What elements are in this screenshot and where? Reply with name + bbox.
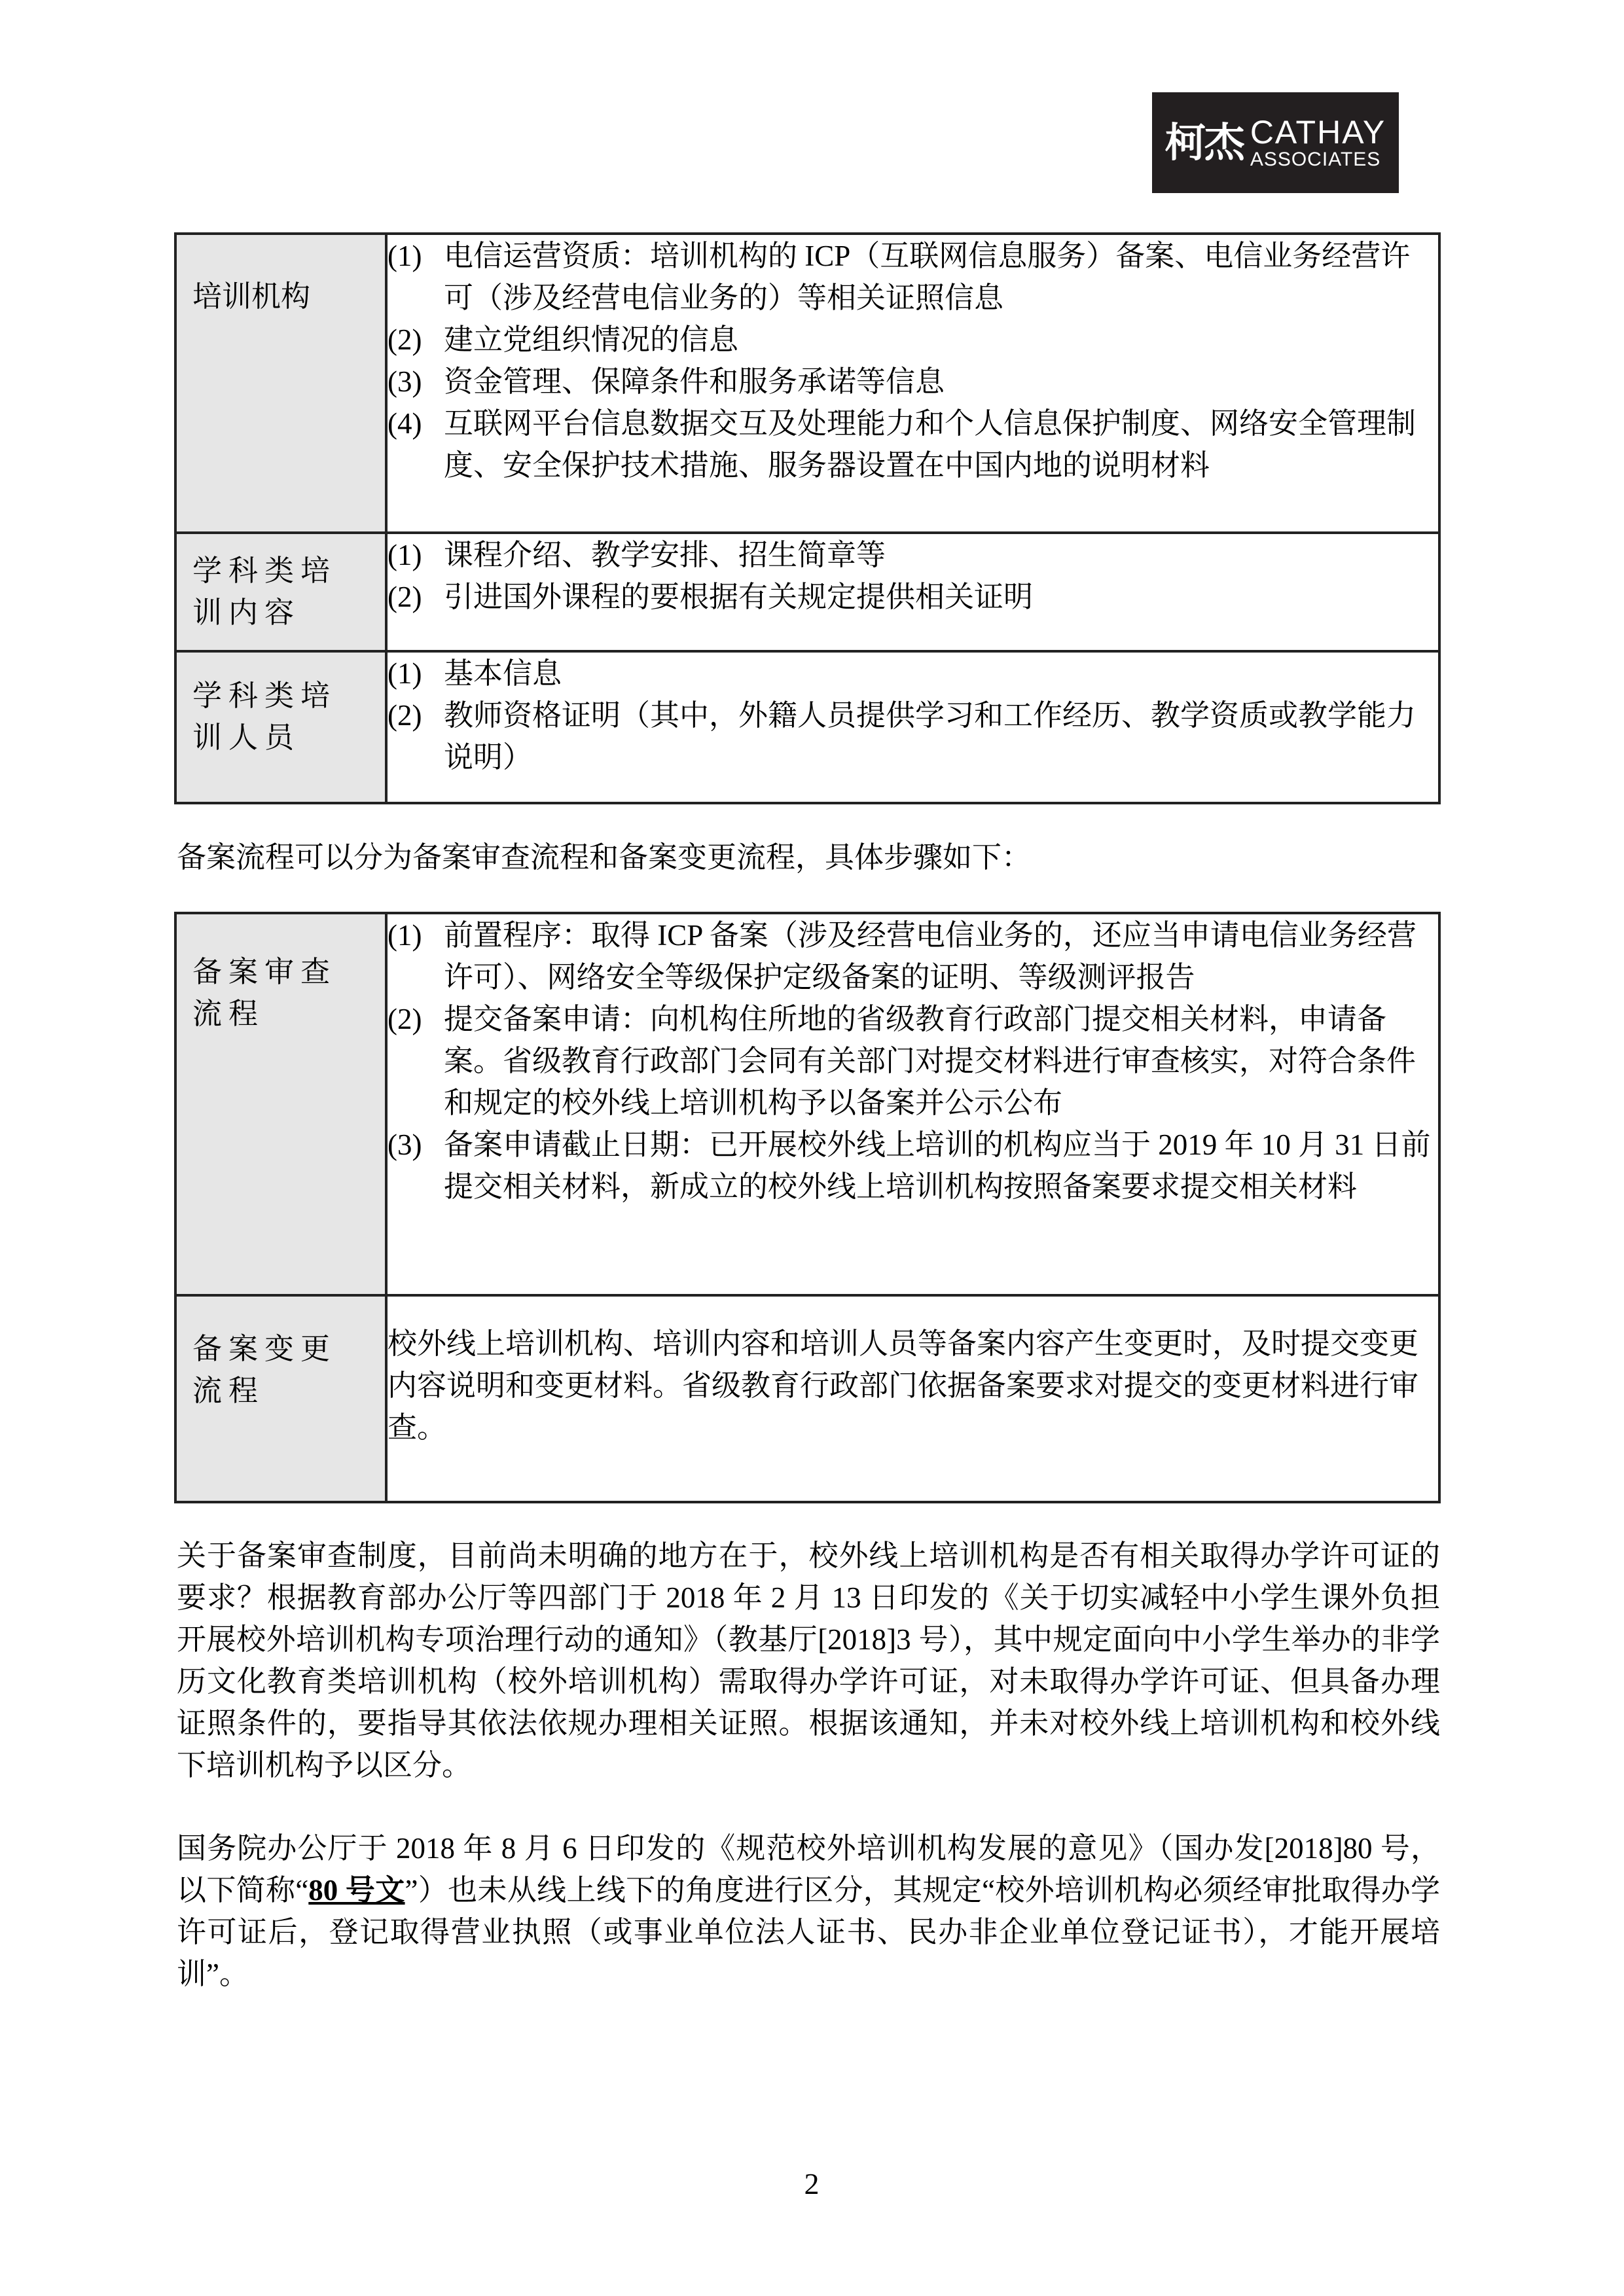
item-number: (2) — [388, 576, 444, 618]
list-item: (3)备案申请截止日期：已开展校外线上培训的机构应当于 2019 年 10 月 … — [388, 1124, 1438, 1208]
list-item: (2)引进国外课程的要根据有关规定提供相关证明 — [388, 576, 1438, 618]
item-text: 电信运营资质：培训机构的 ICP（互联网信息服务）备案、电信业务经营许可（涉及经… — [444, 235, 1438, 319]
table-row: 备案变更流程 校外线上培训机构、培训内容和培训人员等备案内容产生变更时，及时提交… — [175, 1295, 1439, 1502]
row-content-cell: (1)基本信息 (2)教师资格证明（其中，外籍人员提供学习和工作经历、教学资质或… — [386, 651, 1439, 803]
row-content-cell: (1)电信运营资质：培训机构的 ICP（互联网信息服务）备案、电信业务经营许可（… — [386, 234, 1439, 533]
list-item: (1)课程介绍、教学安排、招生简章等 — [388, 534, 1438, 576]
list-item: (4)互联网平台信息数据交互及处理能力和个人信息保护制度、网络安全管理制度、安全… — [388, 403, 1438, 486]
list-item: (1)前置程序：取得 ICP 备案（涉及经营电信业务的，还应当申请电信业务经营许… — [388, 914, 1438, 998]
list-item: (2)教师资格证明（其中，外籍人员提供学习和工作经历、教学资质或教学能力说明） — [388, 694, 1438, 778]
row-content-cell: (1)前置程序：取得 ICP 备案（涉及经营电信业务的，还应当申请电信业务经营许… — [386, 913, 1439, 1295]
filing-process-table: 备案审查流程 (1)前置程序：取得 ICP 备案（涉及经营电信业务的，还应当申请… — [174, 912, 1441, 1503]
row-label-cell: 备案审查流程 — [175, 913, 386, 1295]
list-item: (2)提交备案申请：向机构住所地的省级教育行政部门提交相关材料，申请备案。省级教… — [388, 998, 1438, 1124]
defined-term-text: 80 号文 — [308, 1874, 405, 1907]
intro-paragraph: 备案流程可以分为备案审查流程和备案变更流程，具体步骤如下： — [177, 836, 1440, 878]
item-text: 前置程序：取得 ICP 备案（涉及经营电信业务的，还应当申请电信业务经营许可）、… — [444, 914, 1438, 998]
paragraph-document-80: 国务院办公厅于 2018 年 8 月 6 日印发的《规范校外培训机构发展的意见》… — [177, 1827, 1440, 1995]
row-label-cell: 备案变更流程 — [175, 1295, 386, 1502]
item-number: (1) — [388, 235, 444, 319]
list-item: (2)建立党组织情况的信息 — [388, 319, 1438, 361]
item-number: (4) — [388, 403, 444, 486]
page-number: 2 — [785, 2166, 838, 2201]
filing-materials-table: 培训机构 (1)电信运营资质：培训机构的 ICP（互联网信息服务）备案、电信业务… — [174, 232, 1441, 804]
paragraph-filing-review: 关于备案审查制度，目前尚未明确的地方在于，校外线上培训机构是否有相关取得办学许可… — [177, 1535, 1440, 1786]
logo-line-1: CATHAY — [1250, 116, 1386, 149]
item-text: 备案申请截止日期：已开展校外线上培训的机构应当于 2019 年 10 月 31 … — [444, 1124, 1438, 1208]
list-item: (1)电信运营资质：培训机构的 ICP（互联网信息服务）备案、电信业务经营许可（… — [388, 235, 1438, 319]
row-label: 学科类培训人员 — [177, 653, 385, 759]
row-label: 备案审查流程 — [177, 914, 385, 1035]
item-text: 基本信息 — [444, 653, 1438, 694]
logo-line-2: ASSOCIATES — [1250, 150, 1386, 170]
row-label-cell: 培训机构 — [175, 234, 386, 533]
list-item: (1)基本信息 — [388, 653, 1438, 694]
list-item: (3)资金管理、保障条件和服务承诺等信息 — [388, 361, 1438, 403]
logo-chinese: 柯杰 — [1165, 122, 1244, 163]
item-number: (3) — [388, 361, 444, 403]
table-row: 学科类培训内容 (1)课程介绍、教学安排、招生简章等 (2)引进国外课程的要根据… — [175, 533, 1439, 651]
table-row: 备案审查流程 (1)前置程序：取得 ICP 备案（涉及经营电信业务的，还应当申请… — [175, 913, 1439, 1295]
item-number: (3) — [388, 1124, 444, 1208]
defined-term: 80 号文 — [308, 1874, 405, 1907]
table-row: 学科类培训人员 (1)基本信息 (2)教师资格证明（其中，外籍人员提供学习和工作… — [175, 651, 1439, 803]
row-content-cell: (1)课程介绍、教学安排、招生简章等 (2)引进国外课程的要根据有关规定提供相关… — [386, 533, 1439, 651]
item-text: 引进国外课程的要根据有关规定提供相关证明 — [444, 576, 1438, 618]
row-label: 备案变更流程 — [177, 1297, 385, 1412]
item-number: (2) — [388, 694, 444, 778]
item-number: (2) — [388, 998, 444, 1124]
row-label-cell: 学科类培训内容 — [175, 533, 386, 651]
table-row: 培训机构 (1)电信运营资质：培训机构的 ICP（互联网信息服务）备案、电信业务… — [175, 234, 1439, 533]
item-text: 互联网平台信息数据交互及处理能力和个人信息保护制度、网络安全管理制度、安全保护技… — [444, 403, 1438, 486]
row-label-cell: 学科类培训人员 — [175, 651, 386, 803]
item-text: 课程介绍、教学安排、招生简章等 — [444, 534, 1438, 576]
item-text: 教师资格证明（其中，外籍人员提供学习和工作经历、教学资质或教学能力说明） — [444, 694, 1438, 778]
logo-english: CATHAY ASSOCIATES — [1250, 116, 1386, 170]
cathay-associates-logo: 柯杰 CATHAY ASSOCIATES — [1152, 92, 1399, 193]
item-text: 提交备案申请：向机构住所地的省级教育行政部门提交相关材料，申请备案。省级教育行政… — [444, 998, 1438, 1124]
row-label: 培训机构 — [177, 235, 385, 317]
row-label: 学科类培训内容 — [177, 534, 385, 634]
item-number: (2) — [388, 319, 444, 361]
row-text: 校外线上培训机构、培训内容和培训人员等备案内容产生变更时，及时提交变更内容说明和… — [388, 1297, 1438, 1448]
item-text: 建立党组织情况的信息 — [444, 319, 1438, 361]
item-number: (1) — [388, 534, 444, 576]
item-text: 资金管理、保障条件和服务承诺等信息 — [444, 361, 1438, 403]
item-number: (1) — [388, 914, 444, 998]
item-number: (1) — [388, 653, 444, 694]
row-content-cell: 校外线上培训机构、培训内容和培训人员等备案内容产生变更时，及时提交变更内容说明和… — [386, 1295, 1439, 1502]
